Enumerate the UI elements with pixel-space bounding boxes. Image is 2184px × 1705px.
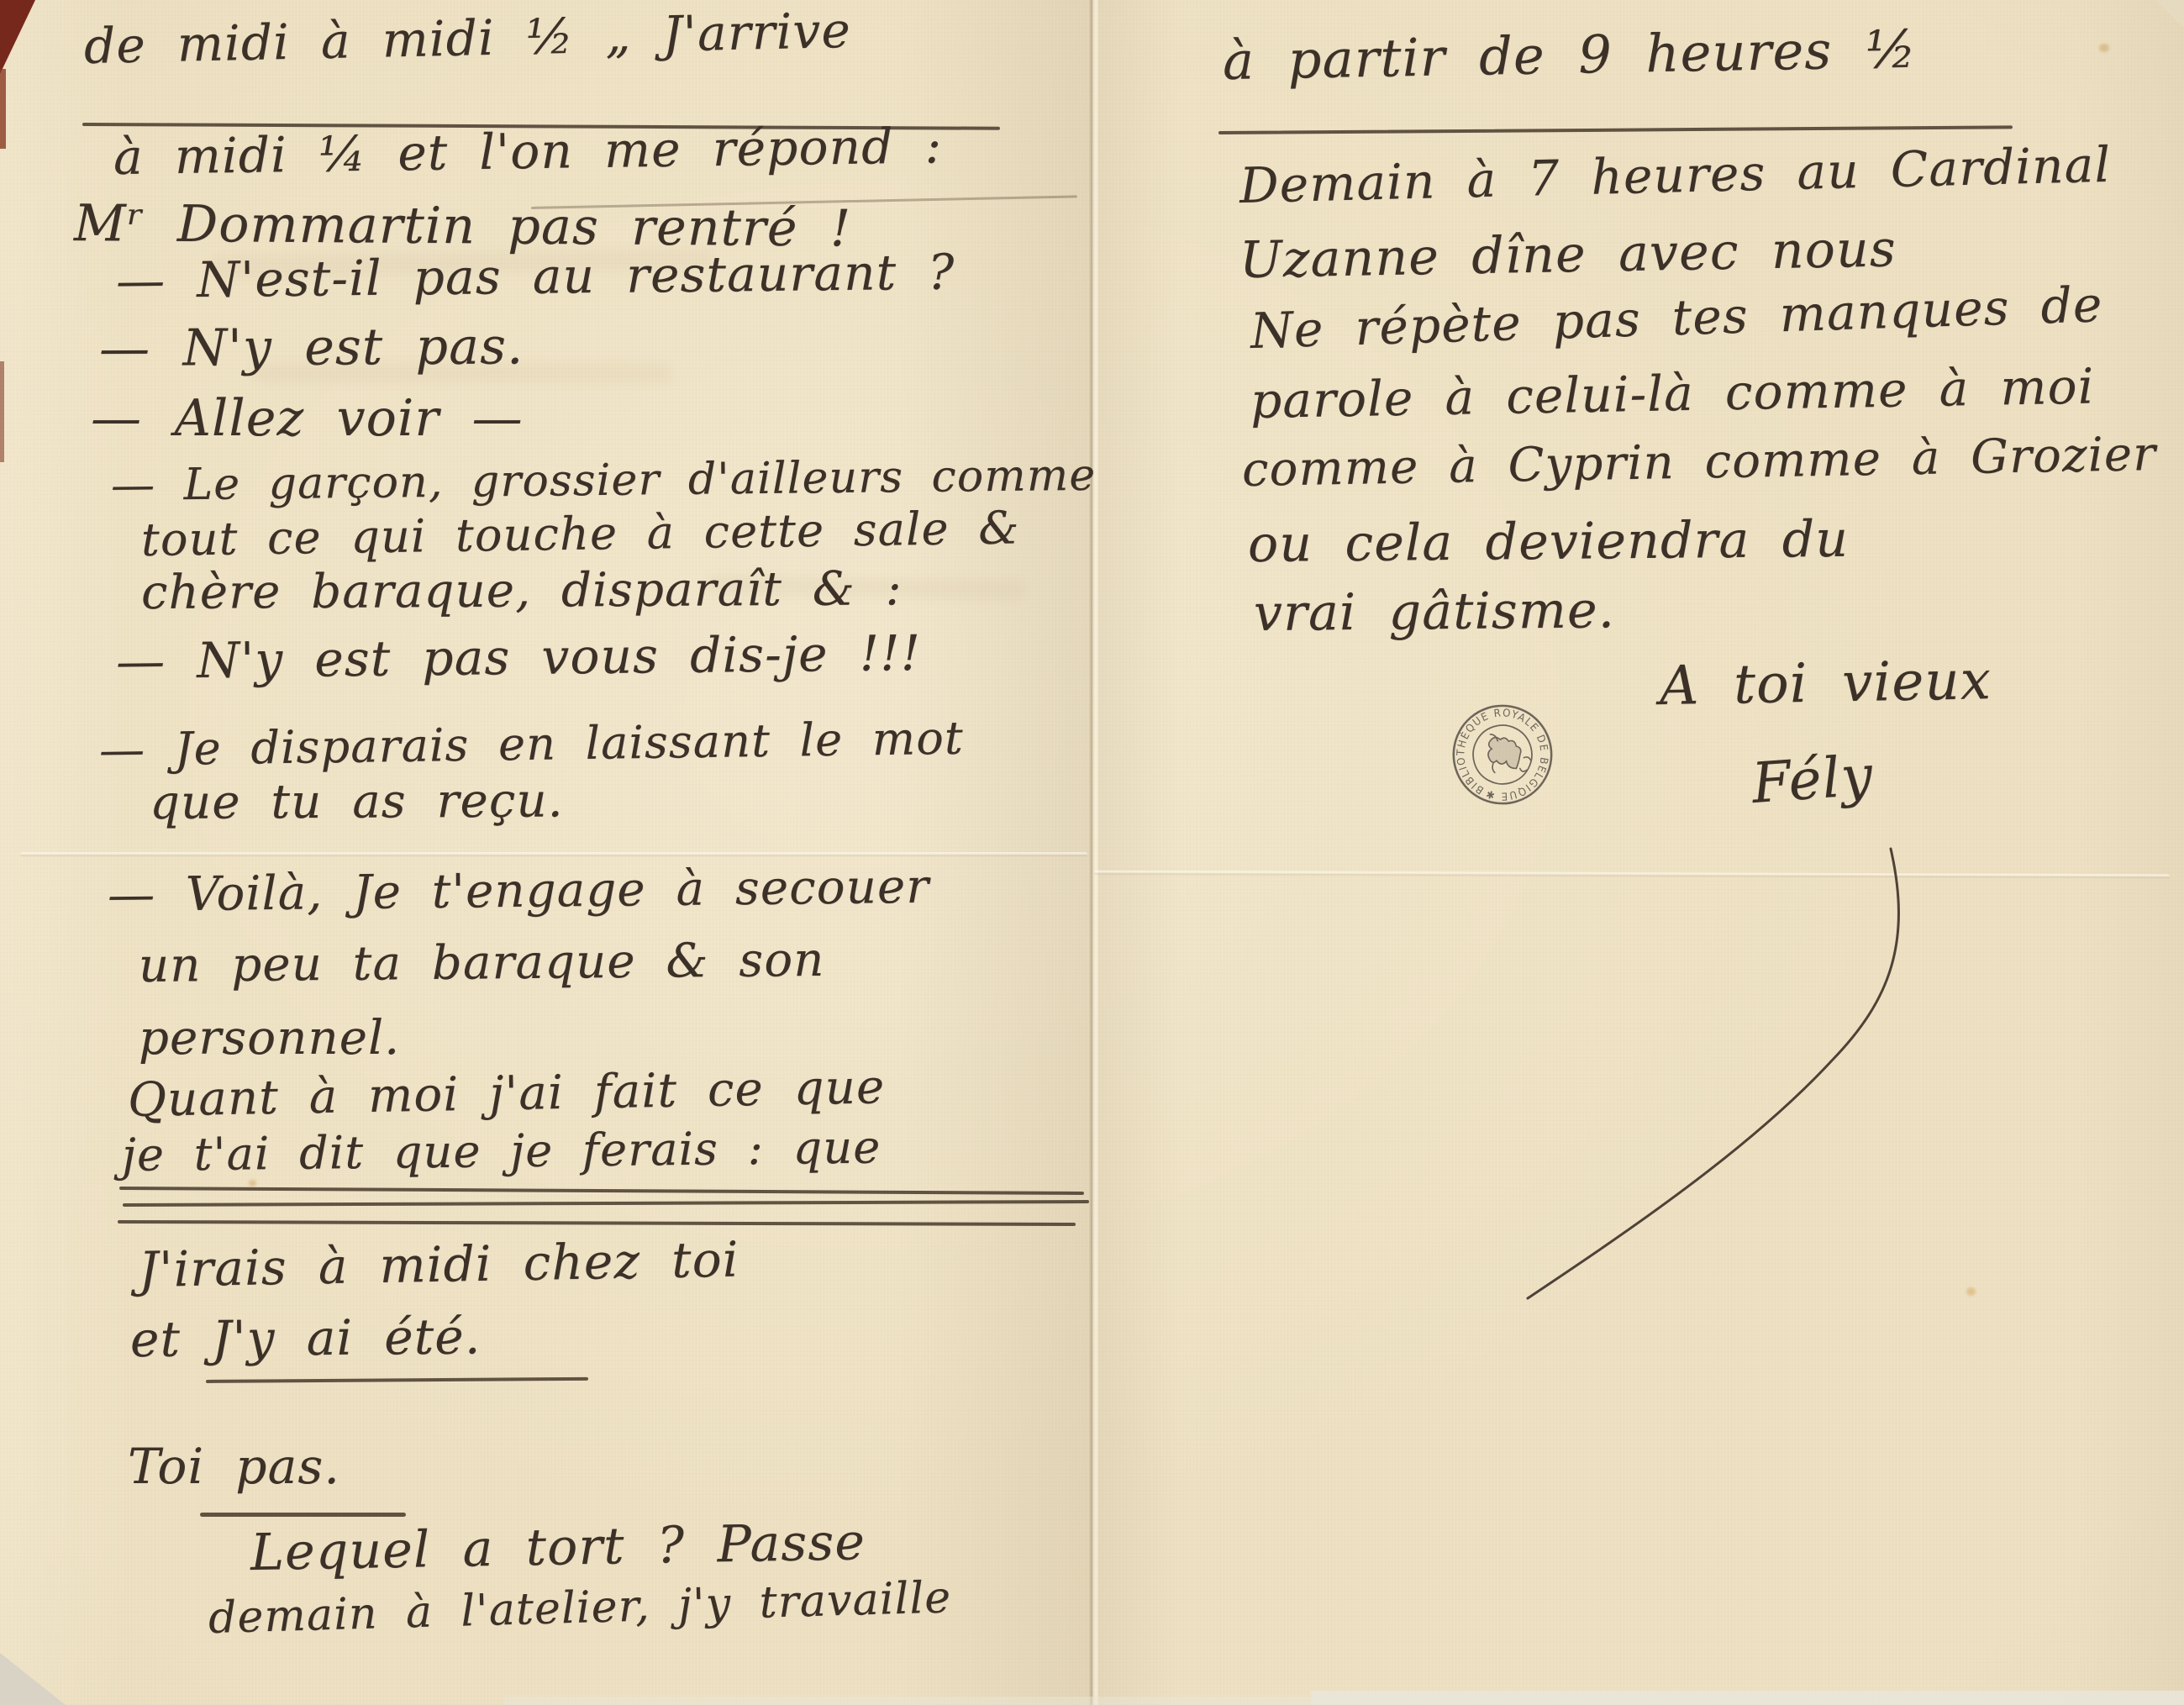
paper-stain <box>1966 1287 1976 1296</box>
handwritten-line: je t'ai dit que je ferais : que <box>122 1125 881 1178</box>
underline-stroke <box>206 1377 588 1383</box>
underline-stroke <box>119 1187 1084 1195</box>
handwritten-line: — N'est-il pas au restaurant ? <box>116 248 955 305</box>
handwritten-line: chère baraque, disparaît & : <box>141 566 903 617</box>
handwritten-line: à midi ¼ et l'on me répond : <box>113 121 943 182</box>
handwritten-line: de midi à midi ½ „ J'arrive <box>83 6 851 71</box>
handwritten-line: — Le garçon, grossier d'ailleurs comme <box>111 454 1097 508</box>
scan-corner-top-right <box>2155 0 2184 29</box>
handwritten-line: — Je disparais en laissant le mot <box>99 716 965 773</box>
handwritten-line: tout ce qui touche à cette sale & <box>141 505 1020 563</box>
scan-edge-sliver <box>0 361 4 462</box>
handwritten-line: — Voilà, Je t'engage à secouer <box>108 864 930 919</box>
handwritten-line: un peu ta baraque & son <box>139 937 825 990</box>
scanned-letter: { "letter": { "ink_color": "#3c3128", "p… <box>0 0 2184 1705</box>
center-fold-seam <box>1089 0 1095 1705</box>
library-stamp: BIBLIOTHÈQUE ROYALE DE BELGIQUE ✱ <box>1450 702 1555 808</box>
handwritten-line: — N'y est pas. <box>99 321 524 374</box>
handwritten-line: Uzanne dîne avec nous <box>1239 224 1897 286</box>
underline-stroke <box>123 1200 1089 1207</box>
handwritten-line: vrai gâtisme. <box>1254 585 1615 639</box>
handwritten-line: Demain à 7 heures au Cardinal <box>1239 140 2112 210</box>
handwritten-line: Ne répète pas tes manques de <box>1250 280 2103 355</box>
scan-edge-sliver <box>0 69 6 149</box>
scan-corner-bottom-left <box>0 1653 66 1705</box>
fold-crease-left <box>20 852 1087 857</box>
handwritten-line: comme à Cyprin comme à Grozier <box>1242 431 2157 494</box>
handwritten-line: ou cela deviendra du <box>1248 514 1850 570</box>
handwritten-line: à partir de 9 heures ½ <box>1222 24 1917 87</box>
handwritten-line: J'irais à midi chez toi <box>138 1235 739 1294</box>
underline-stroke <box>118 1220 1076 1226</box>
scan-bottom-strip <box>1311 1691 2184 1705</box>
underline-stroke <box>200 1513 406 1517</box>
handwritten-line: Quant à moi j'ai fait ce que <box>128 1064 886 1124</box>
paper-stain <box>2099 44 2109 52</box>
underline-stroke <box>1218 125 2013 134</box>
closing-salutation: A toi vieux <box>1659 654 1992 713</box>
handwritten-line: demain à l'atelier, j'y travaille <box>208 1576 952 1640</box>
handwritten-line: — N'y est pas vous dis-je !!! <box>116 629 922 686</box>
handwritten-line: Toi pas. <box>128 1442 340 1491</box>
paper-stain <box>249 1180 256 1187</box>
handwritten-line: Lequel a tort ? Passe <box>250 1517 866 1578</box>
handwritten-line: que tu as reçu. <box>150 777 564 827</box>
handwritten-line: et J'y ai été. <box>130 1312 482 1364</box>
handwritten-line: — Allez voir — <box>91 393 524 444</box>
handwritten-line: parole à celui-là comme à moi <box>1250 361 2094 425</box>
handwritten-line: personnel. <box>139 1015 400 1062</box>
scan-backing-corner <box>0 0 35 74</box>
scan-bottom-strip <box>504 1697 1311 1705</box>
signature-flourish <box>1471 798 1941 1345</box>
